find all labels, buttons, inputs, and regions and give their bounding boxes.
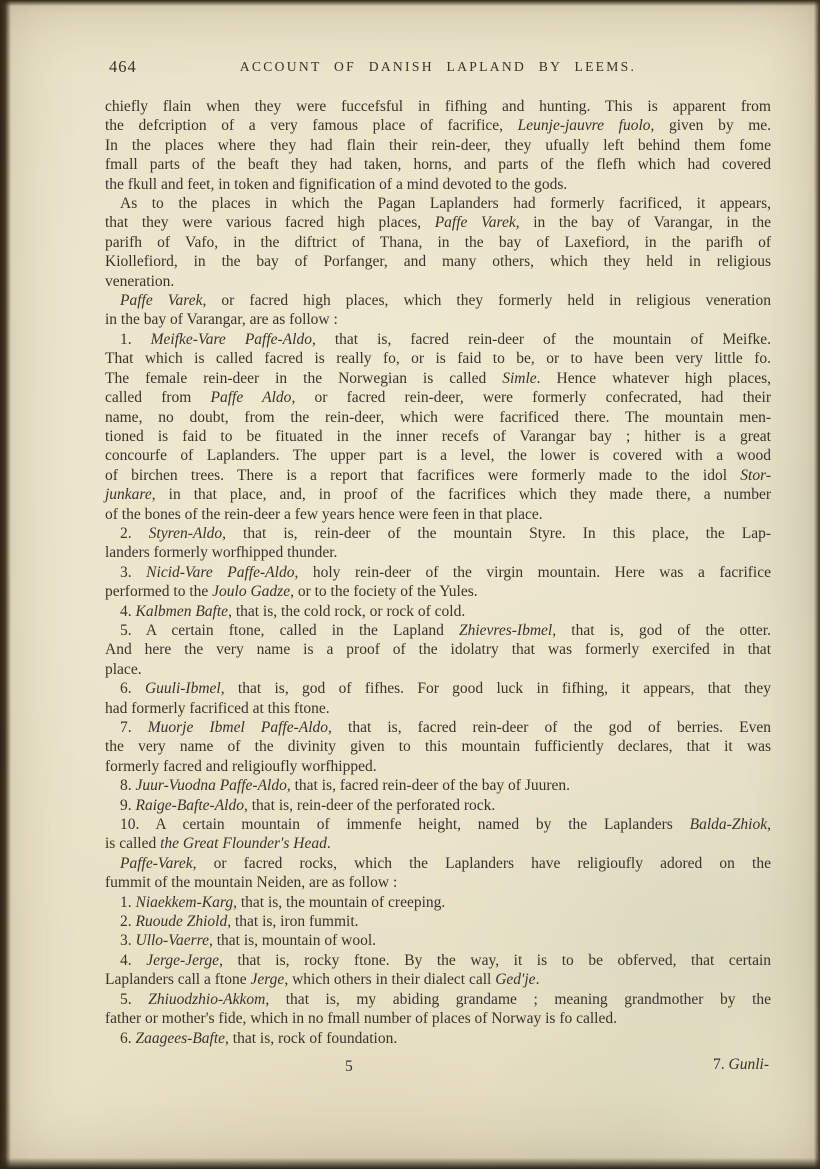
page-footer: 5 7. Gunli- — [105, 1056, 771, 1080]
text-line: fmall parts of the beaft they had taken,… — [105, 155, 771, 174]
text-run: 2. — [120, 913, 136, 930]
text-run: 5. A certain ftone, called in the Laplan… — [120, 622, 459, 639]
italic-text-run: Zaagees-Bafte — [136, 1030, 226, 1047]
italic-text-run: Muorje Ibmel Paffe-Aldo — [148, 719, 328, 736]
catchword-number: 7. — [713, 1056, 725, 1073]
text-run: Laplanders call a ftone — [105, 971, 250, 988]
text-line: chiefly flain when they were fuccefsful … — [105, 97, 771, 116]
text-run: chiefly flain when they were fuccefsful … — [105, 98, 771, 115]
text-run: 3. — [120, 564, 146, 581]
scan-edge-right — [814, 0, 820, 1169]
text-line: concourfe of Laplanders. The upper part … — [105, 446, 771, 465]
text-line: 5. Zhiuodzhio-Akkom, that is, my abiding… — [105, 990, 771, 1009]
text-run: , that is, rocky ftone. By the way, it i… — [219, 952, 771, 969]
text-line: 1. Meifke-Vare Paffe-Aldo, that is, facr… — [105, 330, 771, 349]
text-line: Paffe Varek, or facred high places, whic… — [105, 291, 771, 310]
scan-edge-top — [0, 0, 820, 6]
text-run: , in the bay of Varangar, in the — [516, 214, 771, 231]
text-run: That which is called facred is really fo… — [105, 350, 771, 367]
text-run: 4. — [120, 952, 146, 969]
text-line: called from Paffe Aldo, or facred rein-d… — [105, 388, 771, 407]
text-line: name, no doubt, from the rein-deer, whic… — [105, 408, 771, 427]
text-run: 8. — [120, 777, 136, 794]
text-run: had formerly facrificed at this ftone. — [105, 700, 330, 717]
italic-text-run: Zhiuodzhio-Akkom — [148, 991, 265, 1008]
text-run: place. — [105, 661, 142, 678]
italic-text-run: Kalbmen Bafte — [136, 603, 229, 620]
text-run: , that is, my abiding grandame ; meaning… — [265, 991, 771, 1008]
italic-text-run: Nicid-Vare Paffe-Aldo — [146, 564, 294, 581]
text-line: father or mother's fide, which in no fma… — [105, 1009, 771, 1028]
italic-text-run: Styren-Aldo — [149, 525, 222, 542]
text-line: the defcription of a very famous place o… — [105, 116, 771, 135]
running-header-title: ACCOUNT OF DANISH LAPLAND BY LEEMS. — [105, 59, 771, 75]
text-line: Kiollefiord, in the bay of Porfanger, an… — [105, 252, 771, 271]
italic-text-run: Niaekkem-Karg — [136, 894, 234, 911]
text-run: 7. — [120, 719, 148, 736]
text-run: 6. — [120, 680, 145, 697]
text-run: 6. — [120, 1030, 136, 1047]
text-run: veneration. — [105, 273, 174, 290]
italic-text-run: the Great Flounder's Head — [160, 835, 327, 852]
catchword: 7. Gunli- — [713, 1056, 769, 1074]
page-header: 464 ACCOUNT OF DANISH LAPLAND BY LEEMS. — [105, 56, 771, 78]
italic-text-run: junkare — [105, 486, 152, 503]
text-line: 1. Niaekkem-Karg, that is, the mountain … — [105, 893, 771, 912]
text-line: 4. Jerge-Jerge, that is, rocky ftone. By… — [105, 951, 771, 970]
text-run: 4. — [120, 603, 136, 620]
text-line: had formerly facrificed at this ftone. — [105, 699, 771, 718]
text-run: 5. — [120, 991, 148, 1008]
text-run: , that is, facred rein-deer of the mount… — [312, 331, 771, 348]
text-run: . Hence whatever high places, — [537, 370, 771, 387]
text-run: , that is, the cold rock, or rock of col… — [228, 603, 465, 620]
text-run: , that is, facred rein-deer of the god o… — [328, 719, 771, 736]
text-line: The female rein-deer in the Norwegian is… — [105, 369, 771, 388]
signature-mark: 5 — [345, 1058, 353, 1076]
text-run: fummit of the mountain Neiden, are as fo… — [105, 874, 397, 891]
text-run: called from — [105, 389, 211, 406]
text-run: 9. — [120, 797, 136, 814]
text-run: . — [536, 971, 540, 988]
italic-text-run: Paffe Varek — [435, 214, 516, 231]
text-run: of the bones of the rein-deer a few year… — [105, 506, 543, 523]
text-line: 4. Kalbmen Bafte, that is, the cold rock… — [105, 602, 771, 621]
scan-edge-bottom — [0, 1158, 820, 1169]
text-run: , or facred rein-deer, were formerly con… — [291, 389, 771, 406]
text-line: the very name of the divinity given to t… — [105, 737, 771, 756]
italic-text-run: Jerge — [250, 971, 284, 988]
text-run: concourfe of Laplanders. The upper part … — [105, 447, 771, 464]
italic-text-run: Paffe Varek — [120, 292, 203, 309]
text-run: , that is, rein-deer of the mountain Sty… — [222, 525, 771, 542]
italic-text-run: Raige-Bafte-Aldo — [136, 797, 244, 814]
text-run: landers formerly worfhipped thunder. — [105, 544, 337, 561]
text-line: 10. A certain mountain of immenfe height… — [105, 815, 771, 834]
italic-text-run: Ruoude Zhiold — [136, 913, 228, 930]
italic-text-run: Leunje-jauvre fuolo — [518, 117, 651, 134]
italic-text-run: Zhievres-Ibmel — [459, 622, 552, 639]
text-run: of birchen trees. There is a report that… — [105, 467, 740, 484]
text-line: That which is called facred is really fo… — [105, 349, 771, 368]
scan-edge-left — [0, 0, 11, 1169]
text-line: that they were various facred high place… — [105, 213, 771, 232]
text-run: , that is, god of the otter. — [552, 622, 771, 639]
text-line: performed to the Joulo Gadze, or to the … — [105, 582, 771, 601]
italic-text-run: Guuli-Ibmel — [145, 680, 221, 697]
text-line: 8. Juur-Vuodna Paffe-Aldo, that is, facr… — [105, 776, 771, 795]
italic-text-run: Simle — [502, 370, 536, 387]
text-line: parifh of Vafo, in the diftrict of Thana… — [105, 233, 771, 252]
text-run: , or facred high places, which they form… — [203, 292, 772, 309]
text-line: 5. A certain ftone, called in the Laplan… — [105, 621, 771, 640]
text-line: 6. Guuli-Ibmel, that is, god of fifhes. … — [105, 679, 771, 698]
text-run: , or facred rocks, which the Laplanders … — [193, 855, 771, 872]
text-run: 10. A certain mountain of immenfe height… — [120, 816, 690, 833]
text-line: 3. Ullo-Vaerre, that is, mountain of woo… — [105, 931, 771, 950]
text-run: , that is, iron fummit. — [227, 913, 358, 930]
text-line: formerly facred and religioufly worfhipp… — [105, 757, 771, 776]
text-line: the fkull and feet, in token and fignifi… — [105, 175, 771, 194]
italic-text-run: Jerge-Jerge — [146, 952, 219, 969]
text-run: 3. — [120, 932, 136, 949]
text-run: fmall parts of the beaft they had taken,… — [105, 156, 771, 173]
text-run: , that is, god of fifhes. For good luck … — [221, 680, 771, 697]
text-line: As to the places in which the Pagan Lapl… — [105, 194, 771, 213]
text-line: is called the Great Flounder's Head. — [105, 834, 771, 853]
book-page-scan: 464 ACCOUNT OF DANISH LAPLAND BY LEEMS. … — [0, 0, 820, 1169]
italic-text-run: Stor- — [740, 467, 771, 484]
italic-text-run: Juur-Vuodna Paffe-Aldo — [136, 777, 287, 794]
text-run: the very name of the divinity given to t… — [105, 738, 771, 755]
text-run: The female rein-deer in the Norwegian is… — [105, 370, 502, 387]
text-run: Kiollefiord, in the bay of Porfanger, an… — [105, 253, 771, 270]
text-line: tioned is faid to be fituated in the inn… — [105, 427, 771, 446]
text-line: Laplanders call a ftone Jerge, which oth… — [105, 970, 771, 989]
text-line: veneration. — [105, 272, 771, 291]
text-run: formerly facred and religioufly worfhipp… — [105, 758, 377, 775]
text-run: is called — [105, 835, 160, 852]
italic-text-run: Paffe-Varek — [120, 855, 193, 872]
text-line: 7. Muorje Ibmel Paffe-Aldo, that is, fac… — [105, 718, 771, 737]
text-line: 2. Styren-Aldo, that is, rein-deer of th… — [105, 524, 771, 543]
italic-text-run: Paffe Aldo — [211, 389, 292, 406]
text-run: , given by me. — [651, 117, 772, 134]
text-line: In the places where they had flain their… — [105, 136, 771, 155]
text-run: parifh of Vafo, in the diftrict of Thana… — [105, 234, 771, 251]
text-line: 3. Nicid-Vare Paffe-Aldo, holy rein-deer… — [105, 563, 771, 582]
text-run: , — [767, 816, 771, 833]
text-run: father or mother's fide, which in no fma… — [105, 1010, 617, 1027]
italic-text-run: Meifke-Vare Paffe-Aldo — [151, 331, 312, 348]
text-line: Paffe-Varek, or facred rocks, which the … — [105, 854, 771, 873]
text-run: tioned is faid to be fituated in the inn… — [105, 428, 771, 445]
text-run: , that is, facred rein-deer of the bay o… — [287, 777, 570, 794]
text-line: And here the very name is a proof of the… — [105, 640, 771, 659]
catchword-text: Gunli- — [729, 1056, 769, 1073]
italic-text-run: Ged'je — [495, 971, 535, 988]
text-run: And here the very name is a proof of the… — [105, 641, 771, 658]
text-run: , which others in their dialect call — [284, 971, 495, 988]
text-block: chiefly flain when they were fuccefsful … — [105, 97, 771, 1048]
text-line: place. — [105, 660, 771, 679]
text-run: In the places where they had flain their… — [105, 137, 771, 154]
text-run: 2. — [120, 525, 149, 542]
text-run: 1. — [120, 331, 151, 348]
text-run: the defcription of a very famous place o… — [105, 117, 518, 134]
text-line: in the bay of Varangar, are as follow : — [105, 310, 771, 329]
text-line: junkare, in that place, and, in proof of… — [105, 485, 771, 504]
text-run: that they were various facred high place… — [105, 214, 435, 231]
text-run: , in that place, and, in proof of the fa… — [152, 486, 771, 503]
text-run: As to the places in which the Pagan Lapl… — [120, 195, 771, 212]
text-line: fummit of the mountain Neiden, are as fo… — [105, 873, 771, 892]
text-run: , that is, mountain of wool. — [209, 932, 376, 949]
text-line: of the bones of the rein-deer a few year… — [105, 505, 771, 524]
text-run: 1. — [120, 894, 136, 911]
text-run: in the bay of Varangar, are as follow : — [105, 311, 338, 328]
text-line: landers formerly worfhipped thunder. — [105, 543, 771, 562]
text-run: , that is, rock of foundation. — [225, 1030, 397, 1047]
italic-text-run: Balda-Zhiok — [690, 816, 768, 833]
text-run: name, no doubt, from the rein-deer, whic… — [105, 409, 771, 426]
text-run: performed to the — [105, 583, 212, 600]
text-run: the fkull and feet, in token and fignifi… — [105, 176, 567, 193]
text-line: 2. Ruoude Zhiold, that is, iron fummit. — [105, 912, 771, 931]
text-line: of birchen trees. There is a report that… — [105, 466, 771, 485]
text-run: , or to the fociety of the Yules. — [290, 583, 478, 600]
text-run: . — [327, 835, 331, 852]
text-run: , that is, the mountain of creeping. — [233, 894, 445, 911]
text-run: , holy rein-deer of the virgin mountain.… — [294, 564, 771, 581]
italic-text-run: Ullo-Vaerre — [136, 932, 209, 949]
italic-text-run: Joulo Gadze — [212, 583, 290, 600]
text-line: 6. Zaagees-Bafte, that is, rock of found… — [105, 1029, 771, 1048]
text-line: 9. Raige-Bafte-Aldo, that is, rein-deer … — [105, 796, 771, 815]
text-run: , that is, rein-deer of the perforated r… — [244, 797, 495, 814]
